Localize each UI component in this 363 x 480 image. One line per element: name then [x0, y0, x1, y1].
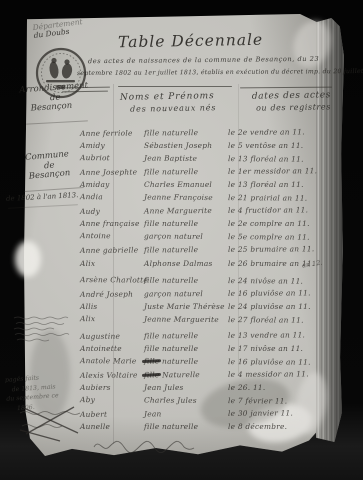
given-name: Sébastien Joseph — [144, 141, 212, 150]
given-name: Charles Emanuel — [144, 180, 212, 189]
entry-date: le 17 nivôse an 11. — [228, 344, 303, 353]
names-column-header: Noms et Prénoms des nouveaux nés — [120, 92, 217, 114]
register-row: Arsène Charlottefille naturellele 24 niv… — [80, 275, 342, 290]
entry-date: le 4 fructidor an 11. — [228, 206, 308, 216]
given-name: Anne Marguerite — [144, 206, 212, 215]
given-name: garçon naturel — [144, 289, 203, 298]
given-name: Alphonse Dalmas — [144, 259, 213, 268]
surname: Antoinette — [80, 344, 122, 353]
surname: Amidy — [80, 141, 105, 150]
given-name: fille naturelle — [144, 167, 198, 176]
commune-line3: Besançon — [29, 169, 71, 181]
entry-date: le 4 messidor an 11. — [228, 369, 309, 379]
names-header-line2: des nouveaux nés — [130, 104, 216, 114]
register-row: Alexis Voltairefille Naturellele 4 messi… — [80, 369, 342, 384]
department-note: Département du Doubs — [32, 18, 84, 39]
entry-date: le 16 pluviôse an 11. — [228, 288, 311, 298]
given-name: Jean Baptiste — [144, 154, 197, 163]
surname: Alix — [80, 259, 95, 268]
given-name: fille naturelle — [144, 422, 198, 431]
crossed-out-note — [16, 406, 92, 442]
entry-date: le 30 janvier 11. — [228, 408, 293, 417]
page-content: Département du Doubs Arrondissement de B… — [0, 0, 363, 480]
register-row: Aunellefille naturellele 8 décembre. — [80, 422, 342, 435]
entry-date: le 16 pluviôse an 11. — [228, 357, 311, 367]
dates-column-rule — [240, 87, 332, 89]
commune-note: Commune de Besançon — [25, 150, 71, 181]
given-name: fille naturelle — [144, 356, 198, 365]
given-name: Juste Marie Thérèse — [144, 302, 225, 311]
given-name: fille Naturelle — [144, 370, 200, 379]
scanned-register-photo: Département du Doubs Arrondissement de B… — [0, 0, 363, 480]
flourish-underline — [26, 120, 88, 125]
given-name: Jean Jules — [144, 383, 184, 392]
register-row: Antoinettefille naturellele 17 nivôse an… — [80, 344, 342, 357]
surname: Allis — [80, 302, 97, 311]
subtitle-line2: septembre 1802 au 1er juillet 1813, étab… — [77, 69, 363, 77]
register-row: AudyAnne Margueritele 4 fructidor an 11. — [80, 205, 342, 220]
given-name: garçon naturel — [144, 232, 203, 241]
register-row: Augustinefille naturellele 13 vendre an … — [80, 330, 342, 345]
entry-date: le 13 floréal an 11. — [228, 154, 304, 164]
bottom-scrawl — [92, 437, 196, 453]
entry-date: le 24 pluviôse an 11. — [228, 302, 311, 311]
struck-word: fille — [144, 370, 160, 379]
surname: Aubriot — [80, 153, 110, 162]
entry-date: le 8 décembre. — [228, 422, 287, 431]
register-row: AmidySébastien Josephle 5 ventôse an 11. — [80, 141, 342, 154]
surname: Aby — [80, 395, 95, 404]
entry-date: le 24 nivôse an 11. — [228, 276, 303, 286]
register-row: Anne gabriellefille naturellele 25 bruma… — [80, 245, 342, 260]
period-note: de 1802 à l'an 1813. — [6, 192, 79, 203]
surname: Andia — [80, 192, 103, 201]
given-name: fille naturelle — [144, 344, 198, 353]
names-column-rule — [118, 86, 232, 87]
given-name: Charles Jules — [144, 396, 197, 405]
entry-date: le 5e complre an 11. — [228, 233, 310, 243]
entry-date: le 13 floréal an 11. — [228, 180, 304, 189]
entry-date: le 25 brumaire an 11. — [228, 245, 314, 255]
surname: Amiday — [80, 180, 110, 189]
register-row: AmidayCharles Emanuelle 13 floréal an 11… — [80, 180, 342, 193]
arrondissement-line3: Besançon — [30, 101, 89, 114]
surname: Arsène Charlotte — [80, 275, 148, 284]
given-name: fille naturelle — [144, 331, 198, 340]
struck-word: fille — [144, 356, 160, 365]
dates-column-header: dates des actes ou des registres — [252, 91, 331, 112]
flourish-underline — [8, 204, 78, 209]
given-name: Jeanne Marguerite — [144, 314, 219, 324]
entry-date: le 27 floréal an 11. — [228, 315, 304, 325]
register-row: AubertJeanle 30 janvier 11. — [80, 408, 342, 423]
entry-date: le 1er messidor an 11. — [228, 166, 317, 176]
surname: Anne française — [80, 219, 140, 228]
names-header-line1: Noms et Prénoms — [120, 92, 216, 103]
given-name: fille naturelle — [144, 128, 198, 137]
register-row: Anne ferriolefille naturellele 2e vendre… — [80, 127, 342, 142]
surname: Anatole Marie — [80, 356, 137, 365]
page-title: Table Décennale — [118, 33, 263, 51]
surname: Anne Josephte — [80, 168, 137, 177]
surname: André Joseph — [80, 289, 133, 298]
given-name: Jean — [144, 409, 162, 418]
illegible-margin-scribbles — [12, 315, 86, 345]
surname: Audy — [80, 207, 100, 216]
entry-date: le 5 ventôse an 11. — [228, 141, 303, 150]
dates-header-line2: ou des registres — [256, 103, 331, 112]
register-row: AubiersJean Julesle 26. 11. — [80, 383, 342, 396]
given-name: Jeanne Françoise — [144, 193, 213, 202]
given-name: fille naturelle — [144, 275, 198, 284]
given-name: fille naturelle — [144, 219, 198, 228]
entry-date: le 7 février 11. — [228, 396, 287, 405]
dates-header-line1: dates des actes — [252, 91, 331, 101]
subtitle-line1: des actes de naissances de la commune de… — [88, 56, 319, 65]
register-entries: Anne ferriolefille naturellele 2e vendre… — [80, 128, 342, 440]
entry-date: le 26. 11. — [228, 383, 265, 392]
given-name: fille naturelle — [144, 246, 198, 255]
surname: Alexis Voltaire — [80, 370, 138, 379]
surname: Aubiers — [80, 383, 111, 392]
surname: Anne ferriole — [80, 129, 133, 138]
entry-date: le 2e complre an 11. — [228, 219, 310, 228]
register-row: Anne Josephtefille naturellele 1er messi… — [80, 166, 342, 181]
register-row: André Josephgarçon naturelle 16 pluviôse… — [80, 288, 342, 303]
register-row: AllisJuste Marie Thérèsele 24 pluviôse a… — [80, 302, 342, 315]
entry-date: le 2e vendre an 11. — [228, 127, 305, 137]
entry-date: le 13 vendre an 11. — [228, 330, 305, 340]
register-row: AlixJeanne Margueritele 27 floréal an 11… — [80, 314, 342, 329]
surname: Anne gabrielle — [80, 246, 138, 255]
surname: Antoine — [80, 231, 111, 240]
entry-date: le 21 prairial an 11. — [228, 193, 307, 203]
